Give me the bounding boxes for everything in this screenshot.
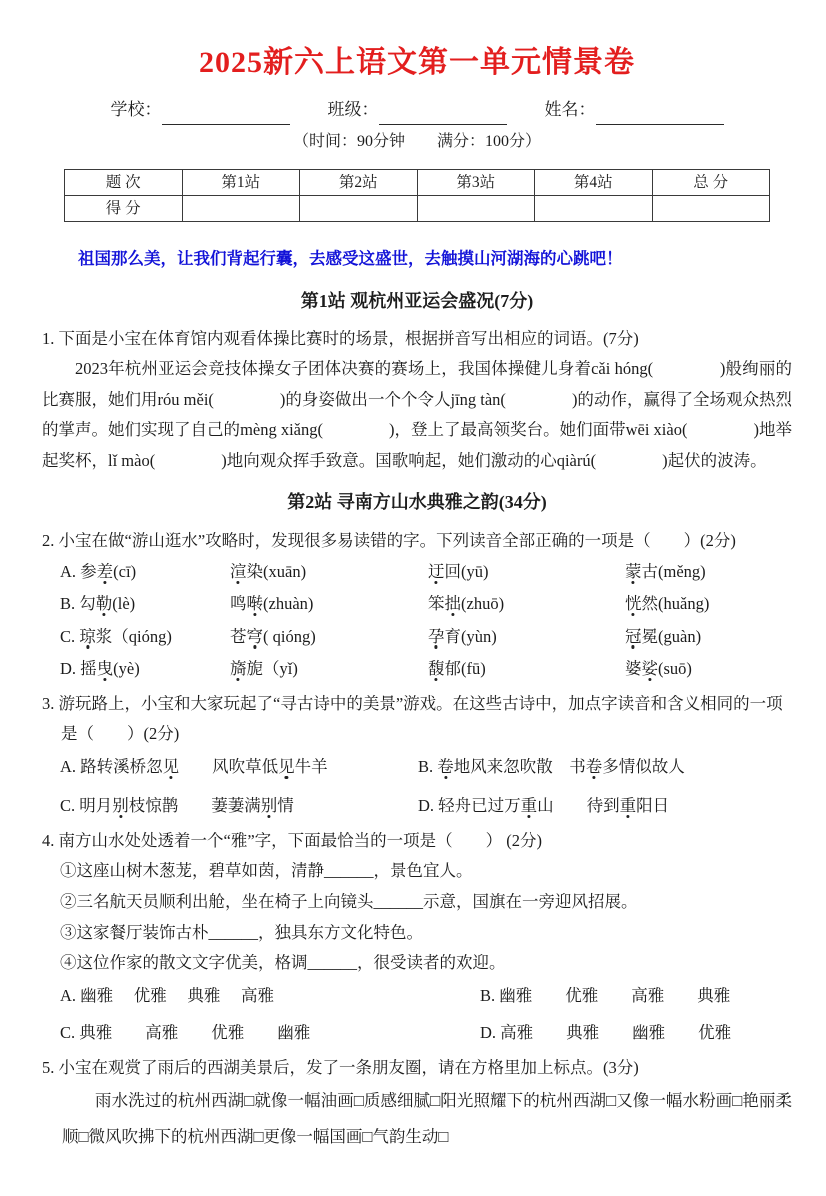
question4-subitem-4: ④这位作家的散文文字优美，格调______，很受读者的欢迎。: [60, 948, 792, 979]
name-field: 姓名：: [545, 94, 724, 125]
exam-time-info: （时间：90分钟 满分：100分）: [42, 127, 792, 157]
question2-option-row-a: A. 参差(cī) 渲染(xuān) 迂回(yū) 蒙古(měng): [60, 556, 792, 588]
question2-option-row-c: C. 琼浆（qióng) 苍穹( qióng) 孕育(yùn) 冠冕(guàn): [60, 621, 792, 653]
motto-text: 祖国那么美，让我们背起行囊，去感受这盛世，去触摸山河湖海的心跳吧！: [78, 244, 792, 275]
score-table-score-row: 得 分: [65, 196, 770, 222]
option-word: 苍穹( qióng): [230, 621, 428, 653]
question4-subitem-3: ③这家餐厅装饰古朴______，独具东方文化特色。: [60, 918, 792, 949]
score-header-cell: 第2站: [300, 170, 418, 196]
option-word: B. 勾勒(lè): [60, 588, 230, 620]
section1-heading: 第1站 观杭州亚运会盛况(7分): [42, 285, 792, 318]
option-word: 馥郁(fū): [428, 653, 625, 685]
score-row-label: 得 分: [65, 196, 183, 222]
question4-option-d: D. 高雅 典雅 幽雅 优雅: [480, 1016, 792, 1049]
option-word: 鸣啭(zhuàn): [230, 588, 428, 620]
question4-subitem-1: ①这座山树木葱茏，碧草如茵，清静______，景色宜人。: [60, 856, 792, 887]
score-cell[interactable]: [652, 196, 770, 222]
option-word: 迂回(yū): [428, 556, 625, 588]
question3-option-a: A. 路转溪桥忽见 风吹草低见牛羊: [60, 750, 418, 783]
question4-options: A. 幽雅 优雅 典雅 高雅 B. 幽雅 优雅 高雅 典雅 C. 典雅 高雅 优…: [60, 979, 792, 1049]
score-table: 题 次 第1站 第2站 第3站 第4站 总 分 得 分: [64, 169, 770, 222]
option-word: 渲染(xuān): [230, 556, 428, 588]
option-word: 孕育(yùn): [428, 621, 625, 653]
question3-options: A. 路转溪桥忽见 风吹草低见牛羊 B. 卷地风来忽吹散 书卷多情似故人 C. …: [60, 750, 792, 822]
question3-option-c: C. 明月别枝惊鹊 萋萋满别情: [60, 789, 418, 822]
exam-paper-page: 2025新六上语文第一单元情景卷 学校： 班级： 姓名： （时间：90分钟 满分…: [0, 0, 826, 1196]
option-word: 旖旎（yǐ): [230, 653, 428, 685]
score-cell[interactable]: [300, 196, 418, 222]
question1-stem: 1. 下面是小宝在体育馆内观看体操比赛时的场景，根据拼音写出相应的词语。(7分): [42, 324, 792, 355]
score-header-cell: 题 次: [65, 170, 183, 196]
question3-stem: 3. 游玩路上，小宝和大家玩起了“寻古诗中的美景”游戏。在这些古诗中，加点字读音…: [42, 689, 792, 750]
score-cell[interactable]: [182, 196, 300, 222]
school-field: 学校：: [111, 94, 290, 125]
student-info-row: 学校： 班级： 姓名：: [42, 94, 792, 125]
question4-subitem-2: ②三名航天员顺利出舱，坐在椅子上向镜头______示意，国旗在一旁迎风招展。: [60, 887, 792, 918]
question4-option-c: C. 典雅 高雅 优雅 幽雅: [60, 1016, 480, 1049]
option-word: 婆娑(suō): [625, 653, 792, 685]
class-field-label: 班级：: [328, 94, 379, 125]
question3-option-b: B. 卷地风来忽吹散 书卷多情似故人: [418, 750, 792, 783]
question1-passage: 2023年杭州亚运会竞技体操女子团体决赛的赛场上，我国体操健儿身着cǎi hón…: [42, 354, 792, 476]
school-field-label: 学校：: [111, 94, 162, 125]
score-header-cell: 第1站: [182, 170, 300, 196]
question2-option-row-d: D. 摇曳(yè) 旖旎（yǐ) 馥郁(fū) 婆娑(suō): [60, 653, 792, 685]
question2-stem: 2. 小宝在做“游山逛水”攻略时，发现很多易读错的字。下列读音全部正确的一项是（…: [42, 526, 792, 557]
score-header-cell: 第3站: [417, 170, 535, 196]
score-header-cell: 总 分: [652, 170, 770, 196]
score-cell[interactable]: [417, 196, 535, 222]
name-blank-line[interactable]: [596, 106, 724, 126]
option-word: A. 参差(cī): [60, 556, 230, 588]
class-blank-line[interactable]: [379, 106, 507, 126]
score-table-header-row: 题 次 第1站 第2站 第3站 第4站 总 分: [65, 170, 770, 196]
name-field-label: 姓名：: [545, 94, 596, 125]
option-word: 蒙古(měng): [625, 556, 792, 588]
question3-option-d: D. 轻舟已过万重山 待到重阳日: [418, 789, 792, 822]
question4-option-a: A. 幽雅 优雅 典雅 高雅: [60, 979, 480, 1012]
question4-option-b: B. 幽雅 优雅 高雅 典雅: [480, 979, 792, 1012]
option-word: 笨拙(zhuō): [428, 588, 625, 620]
score-header-cell: 第4站: [535, 170, 653, 196]
question2-option-row-b: B. 勾勒(lè) 鸣啭(zhuàn) 笨拙(zhuō) 恍然(huǎng): [60, 588, 792, 620]
page-title: 2025新六上语文第一单元情景卷: [42, 44, 792, 82]
option-word: C. 琼浆（qióng): [60, 621, 230, 653]
class-field: 班级：: [328, 94, 507, 125]
question4-stem: 4. 南方山水处处透着一个“雅”字，下面最恰当的一项是（ ） (2分): [42, 826, 792, 857]
option-word: D. 摇曳(yè): [60, 653, 230, 685]
option-word: 冠冕(guàn): [625, 621, 792, 653]
section2-heading: 第2站 寻南方山水典雅之韵(34分): [42, 486, 792, 519]
question5-stem: 5. 小宝在观赏了雨后的西湖美景后，发了一条朋友圈，请在方格里加上标点。(3分): [42, 1053, 792, 1084]
question5-passage: 雨水洗过的杭州西湖□就像一幅油画□质感细腻□阳光照耀下的杭州西湖□又像一幅水粉画…: [62, 1083, 792, 1156]
score-cell[interactable]: [535, 196, 653, 222]
option-word: 恍然(huǎng): [625, 588, 792, 620]
school-blank-line[interactable]: [162, 106, 290, 126]
